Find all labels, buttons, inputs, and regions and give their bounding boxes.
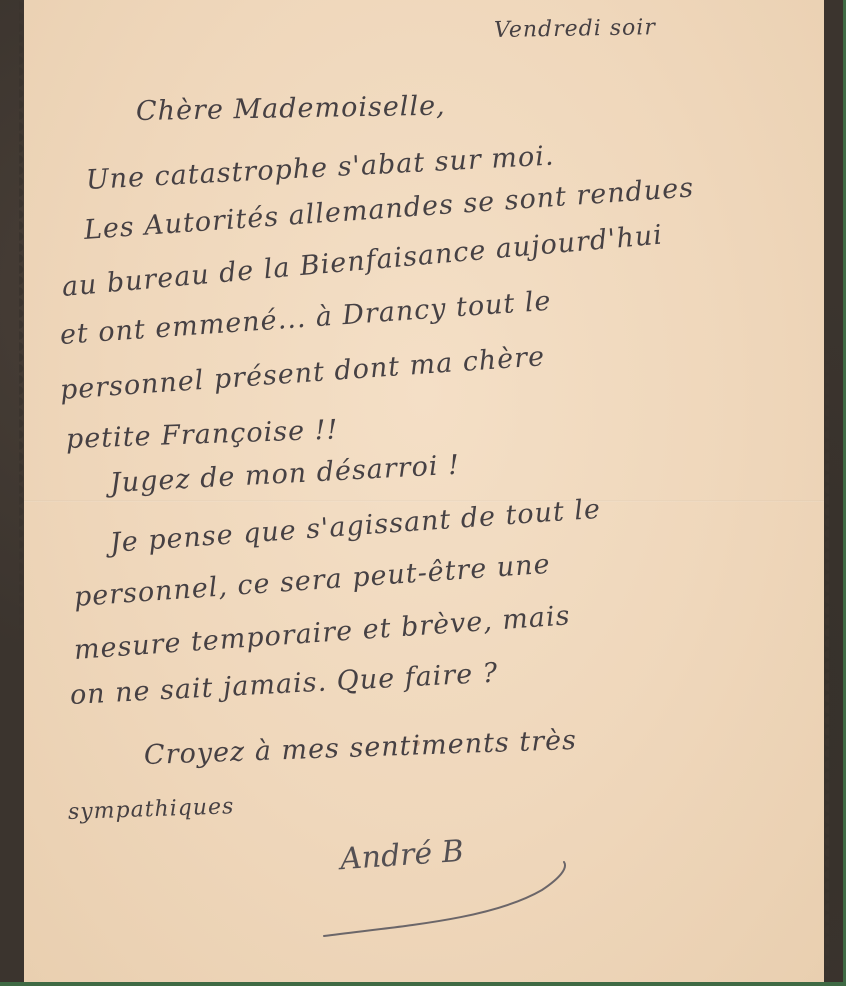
paper-fold-line [24,500,824,502]
signature-flourish-icon [320,860,590,940]
body-line-5: personnel présent dont ma chère [59,341,546,406]
body-line-10: mesure temporaire et brève, mais [73,600,571,666]
perforated-edge-top [24,0,824,5]
body-line-9: personnel, ce sera peut-être une [73,549,552,613]
body-line-7: Jugez de mon désarroi ! [109,450,460,499]
body-line-6: petite Françoise !! [65,415,338,455]
perforated-edge-right [819,0,829,982]
letter-paper: Vendredi soir Chère Mademoiselle, Une ca… [24,0,824,982]
closing-line-2: sympathiques [68,794,235,825]
image-border-bottom [0,982,846,986]
date-line: Vendredi soir [494,15,656,43]
closing-line-1: Croyez à mes sentiments très [143,725,577,771]
body-line-11: on ne sait jamais. Que faire ? [69,658,499,711]
perforated-edge-left [19,0,29,982]
salutation: Chère Mademoiselle, [136,91,446,127]
